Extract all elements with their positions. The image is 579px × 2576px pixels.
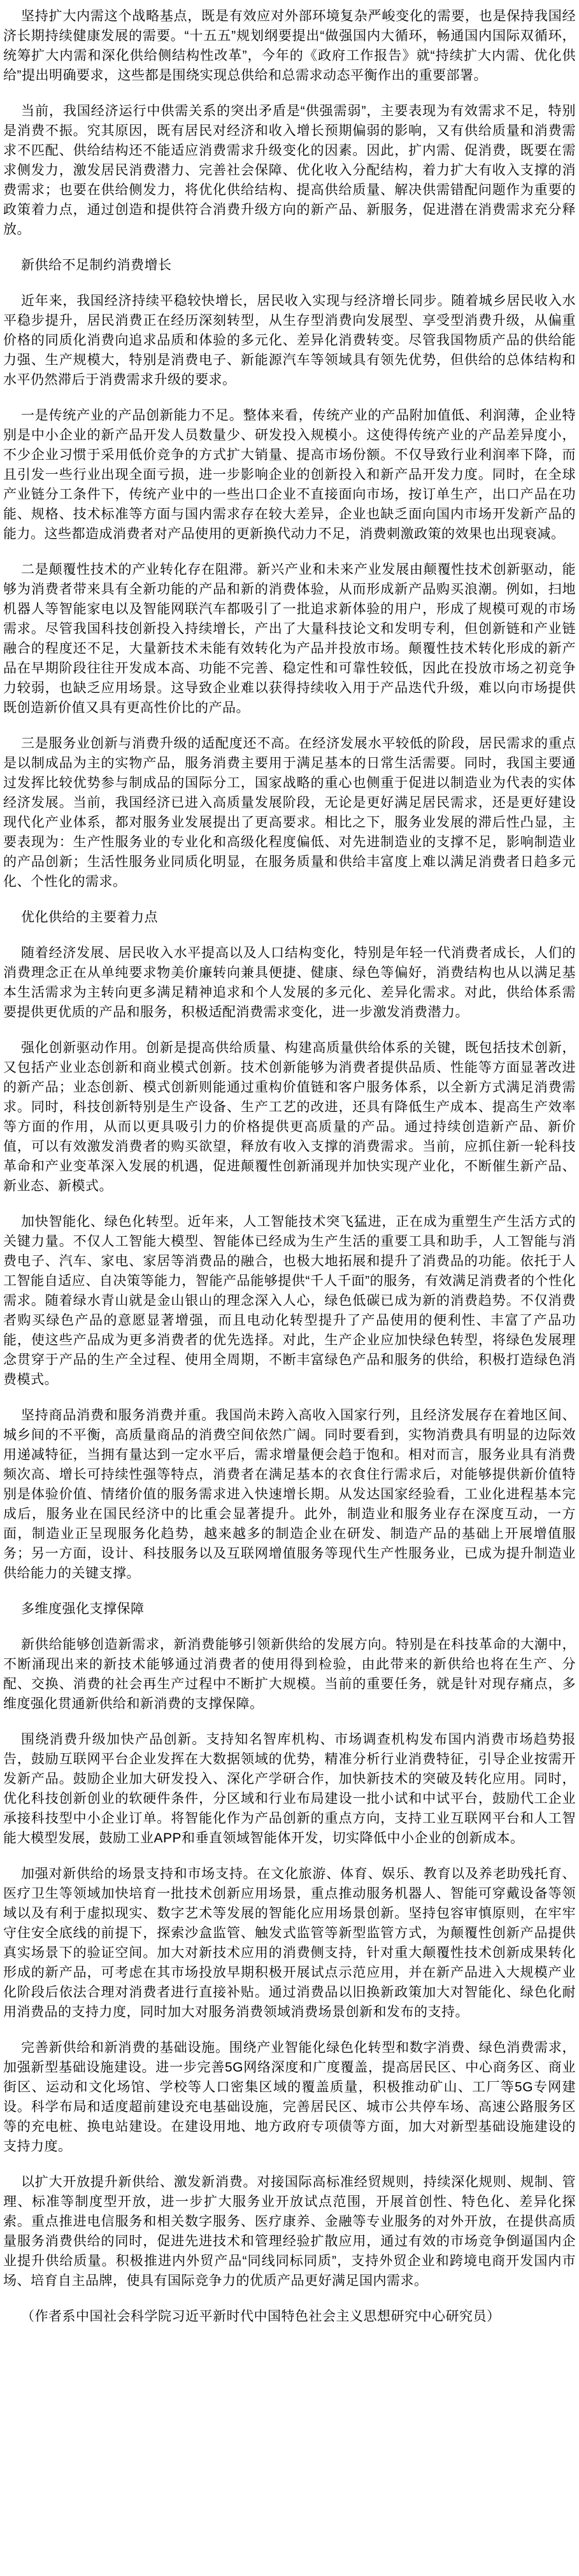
paragraph: 围绕消费升级加快产品创新。支持知名智库机构、市场调查机构发布国内消费市场趋势报告… [3,1730,576,1848]
paragraph: 近年来，我国经济持续平稳较快增长，居民收入实现与经济增长同步。随着城乡居民收入水… [3,291,576,390]
section-heading: 多维度强化支撑保障 [3,1599,576,1619]
paragraph: 随着经济发展、居民收入水平提高以及人口结构变化，特别是年轻一代消费者成长，人们的… [3,943,576,1022]
author-note: （作者系中国社会科学院习近平新时代中国特色社会主义思想研究中心研究员） [3,2307,576,2326]
paragraph: 加强对新供给的场景支持和市场支持。在文化旅游、体育、娱乐、教育以及养老助残托育、… [3,1864,576,2022]
paragraph: 三是服务业创新与消费升级的适配度还不高。在经济发展水平较低的阶段，居民需求的重点… [3,734,576,892]
section-heading: 新供给不足制约消费增长 [3,255,576,275]
paragraph: 强化创新驱动作用。创新是提高供给质量、构建高质量供给体系的关键，既包括技术创新，… [3,1038,576,1196]
paragraph: 加快智能化、绿色化转型。近年来，人工智能技术突飞猛进，正在成为重塑生产生活方式的… [3,1212,576,1390]
paragraph: 坚持扩大内需这个战略基点，既是有效应对外部环境复杂严峻变化的需要，也是保持我国经… [3,6,576,85]
paragraph: 当前，我国经济运行中供需关系的突出矛盾是“供强需弱”，主要表现为有效需求不足，特… [3,101,576,239]
paragraph: 新供给能够创造新需求，新消费能够引领新供给的发展方向。特别是在科技革命的大潮中，… [3,1635,576,1714]
paragraph: 二是颠覆性技术的产业转化存在阻滞。新兴产业和未来产业发展由颠覆性技术创新驱动，能… [3,560,576,718]
paragraph: 一是传统产业的产品创新能力不足。整体来看，传统产业的产品附加值低、利润薄，企业特… [3,406,576,544]
paragraph: 以扩大开放提升新供给、激发新消费。对接国际高标准经贸规则，持续深化规则、规制、管… [3,2172,576,2291]
paragraph: 坚持商品消费和服务消费并重。我国尚未跨入高收入国家行列，且经济发展存在着地区间、… [3,1405,576,1583]
article-body: 坚持扩大内需这个战略基点，既是有效应对外部环境复杂严峻变化的需要，也是保持我国经… [0,0,579,2365]
paragraph: 完善新供给和新消费的基础设施。围绕产业智能化绿色化转型和数字消费、绿色消费需求，… [3,2038,576,2156]
section-heading: 优化供给的主要着力点 [3,907,576,927]
